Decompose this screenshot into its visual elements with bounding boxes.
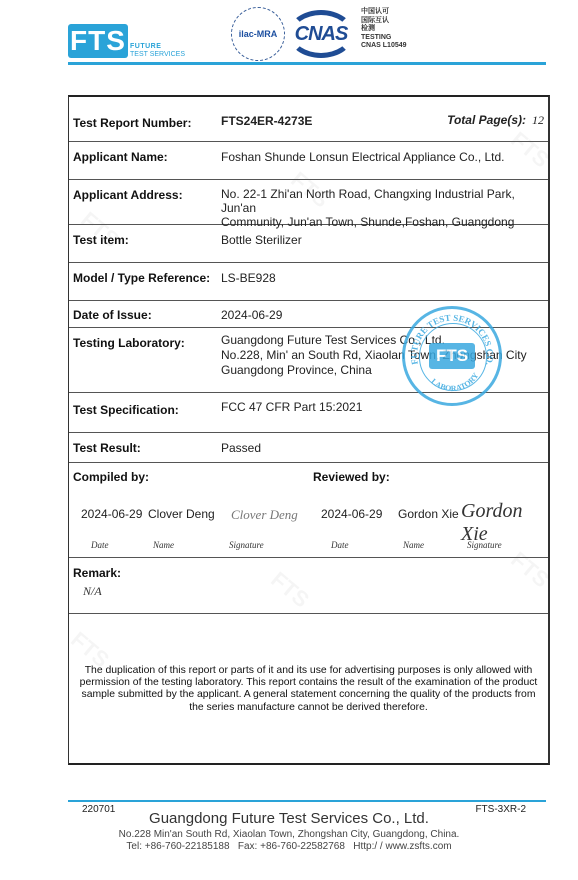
table-row-applicant-name: Applicant Name: Foshan Shunde Lonsun Ele… xyxy=(69,141,548,180)
table-row-applicant-address: Applicant Address: No. 22-1 Zhi'an North… xyxy=(69,179,548,225)
table-row-test-result: Test Result: Passed xyxy=(69,432,548,463)
reviewed-date: 2024-06-29 xyxy=(321,507,382,521)
total-pages: Total Page(s):12 xyxy=(447,113,544,128)
remark-label: Remark: xyxy=(73,566,121,580)
table-row-test-item: Test item: Bottle Sterilizer xyxy=(69,224,548,263)
report-number: FTS24ER-4273E xyxy=(221,114,312,128)
compiled-name: Clover Deng xyxy=(148,507,215,521)
laboratory-stamp: FUTURE TEST SERVICES CO.,LTD LABORATORY … xyxy=(402,306,502,406)
table-row-model: Model / Type Reference: LS-BE928 xyxy=(69,262,548,301)
ilac-mra-logo: ilac-MRA xyxy=(231,7,285,61)
compiled-date: 2024-06-29 xyxy=(81,507,142,521)
compiled-by-label: Compiled by: xyxy=(73,470,149,484)
accreditation-text: 中国认可 国际互认 检测 TESTING CNAS L10549 xyxy=(361,8,407,51)
remark-section: Remark: N/A xyxy=(69,557,548,614)
footer-company: Guangdong Future Test Services Co., Ltd. xyxy=(0,810,578,827)
report-header: FTS FUTURE TEST SERVICES ilac-MRA CNAS 中… xyxy=(0,0,578,70)
reviewed-name: Gordon Xie xyxy=(398,507,459,521)
signatures-section: Compiled by: Reviewed by: 2024-06-29 Clo… xyxy=(69,462,548,558)
remark-value: N/A xyxy=(83,584,102,599)
disclaimer-text: The duplication of this report or parts … xyxy=(75,665,542,714)
table-row-report-number: Test Report Number: FTS24ER-4273E Total … xyxy=(69,97,548,142)
header-divider xyxy=(68,62,546,65)
stamp-fts-mark: FTS xyxy=(429,343,475,369)
reviewed-by-label: Reviewed by: xyxy=(313,470,390,484)
footer-divider xyxy=(68,800,546,802)
report-info-table: FTS FTS FTS FTS FTS FTS Test Report Numb… xyxy=(68,95,550,765)
fts-logo-subtitle: FUTURE TEST SERVICES xyxy=(130,43,185,59)
compiled-signature: Clover Deng xyxy=(231,507,298,523)
cnas-logo: CNAS xyxy=(288,10,354,58)
fts-logo: FTS xyxy=(68,24,128,58)
footer-address: No.228 Min'an South Rd, Xiaolan Town, Zh… xyxy=(0,829,578,853)
